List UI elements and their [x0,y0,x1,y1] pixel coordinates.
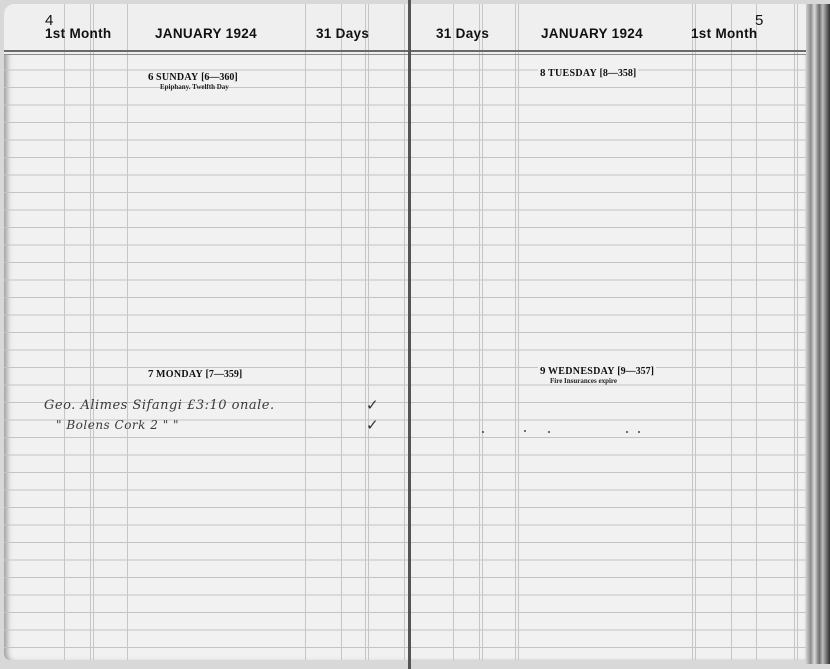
month-index-label: 1st Month [45,26,111,41]
day-note: Epiphany. Twelfth Day [160,83,229,91]
day-note: Fire Insurances expire [550,377,617,385]
column-rule [127,4,128,660]
ink-mark [524,430,526,432]
month-title: JANUARY 1924 [541,26,643,41]
column-rule [479,4,483,660]
day-heading-wednesday: 9 WEDNESDAY [9—357] [538,365,656,377]
day-heading-tuesday: 8 TUESDAY [8—358] [538,67,638,79]
column-rule [305,4,306,660]
column-rule [731,4,732,660]
column-rule [515,4,519,660]
column-rule [794,4,798,660]
column-rule [341,4,342,660]
day-heading-monday: 7 MONDAY [7—359] [146,368,244,380]
column-rule [692,4,696,660]
ink-mark [548,431,550,433]
page-number: 5 [755,12,763,29]
checkmark-icon: ✓ [366,416,379,434]
book-spine [408,0,411,669]
month-index-label: 1st Month [691,26,757,41]
days-in-month-label: 31 Days [436,26,489,41]
ink-mark [482,431,484,433]
column-rule [756,4,757,660]
column-rule [453,4,454,660]
open-diary: 4 1st Month JANUARY 1924 31 Days 6 SUNDA… [0,0,830,669]
checkmark-icon: ✓ [366,396,379,414]
header-divider [4,50,410,55]
header-divider [410,50,808,55]
ink-mark [638,431,640,433]
day-heading-sunday: 6 SUNDAY [6—360] [146,71,240,83]
right-page: 31 Days JANUARY 1924 1st Month 5 8 TUESD… [410,4,808,660]
month-title: JANUARY 1924 [155,26,257,41]
handwritten-entry: " Bolens Cork 2 " " [56,418,179,432]
days-in-month-label: 31 Days [316,26,369,41]
left-page: 4 1st Month JANUARY 1924 31 Days 6 SUNDA… [4,4,410,660]
column-rule [404,4,405,660]
page-edges [806,4,830,664]
ruled-lines [410,4,808,660]
column-rule [64,4,65,660]
column-rule [365,4,369,660]
column-rule [90,4,94,660]
ink-mark [626,431,628,433]
handwritten-entry: Geo. Alimes Sifangi £3:10 onale. [44,398,275,413]
